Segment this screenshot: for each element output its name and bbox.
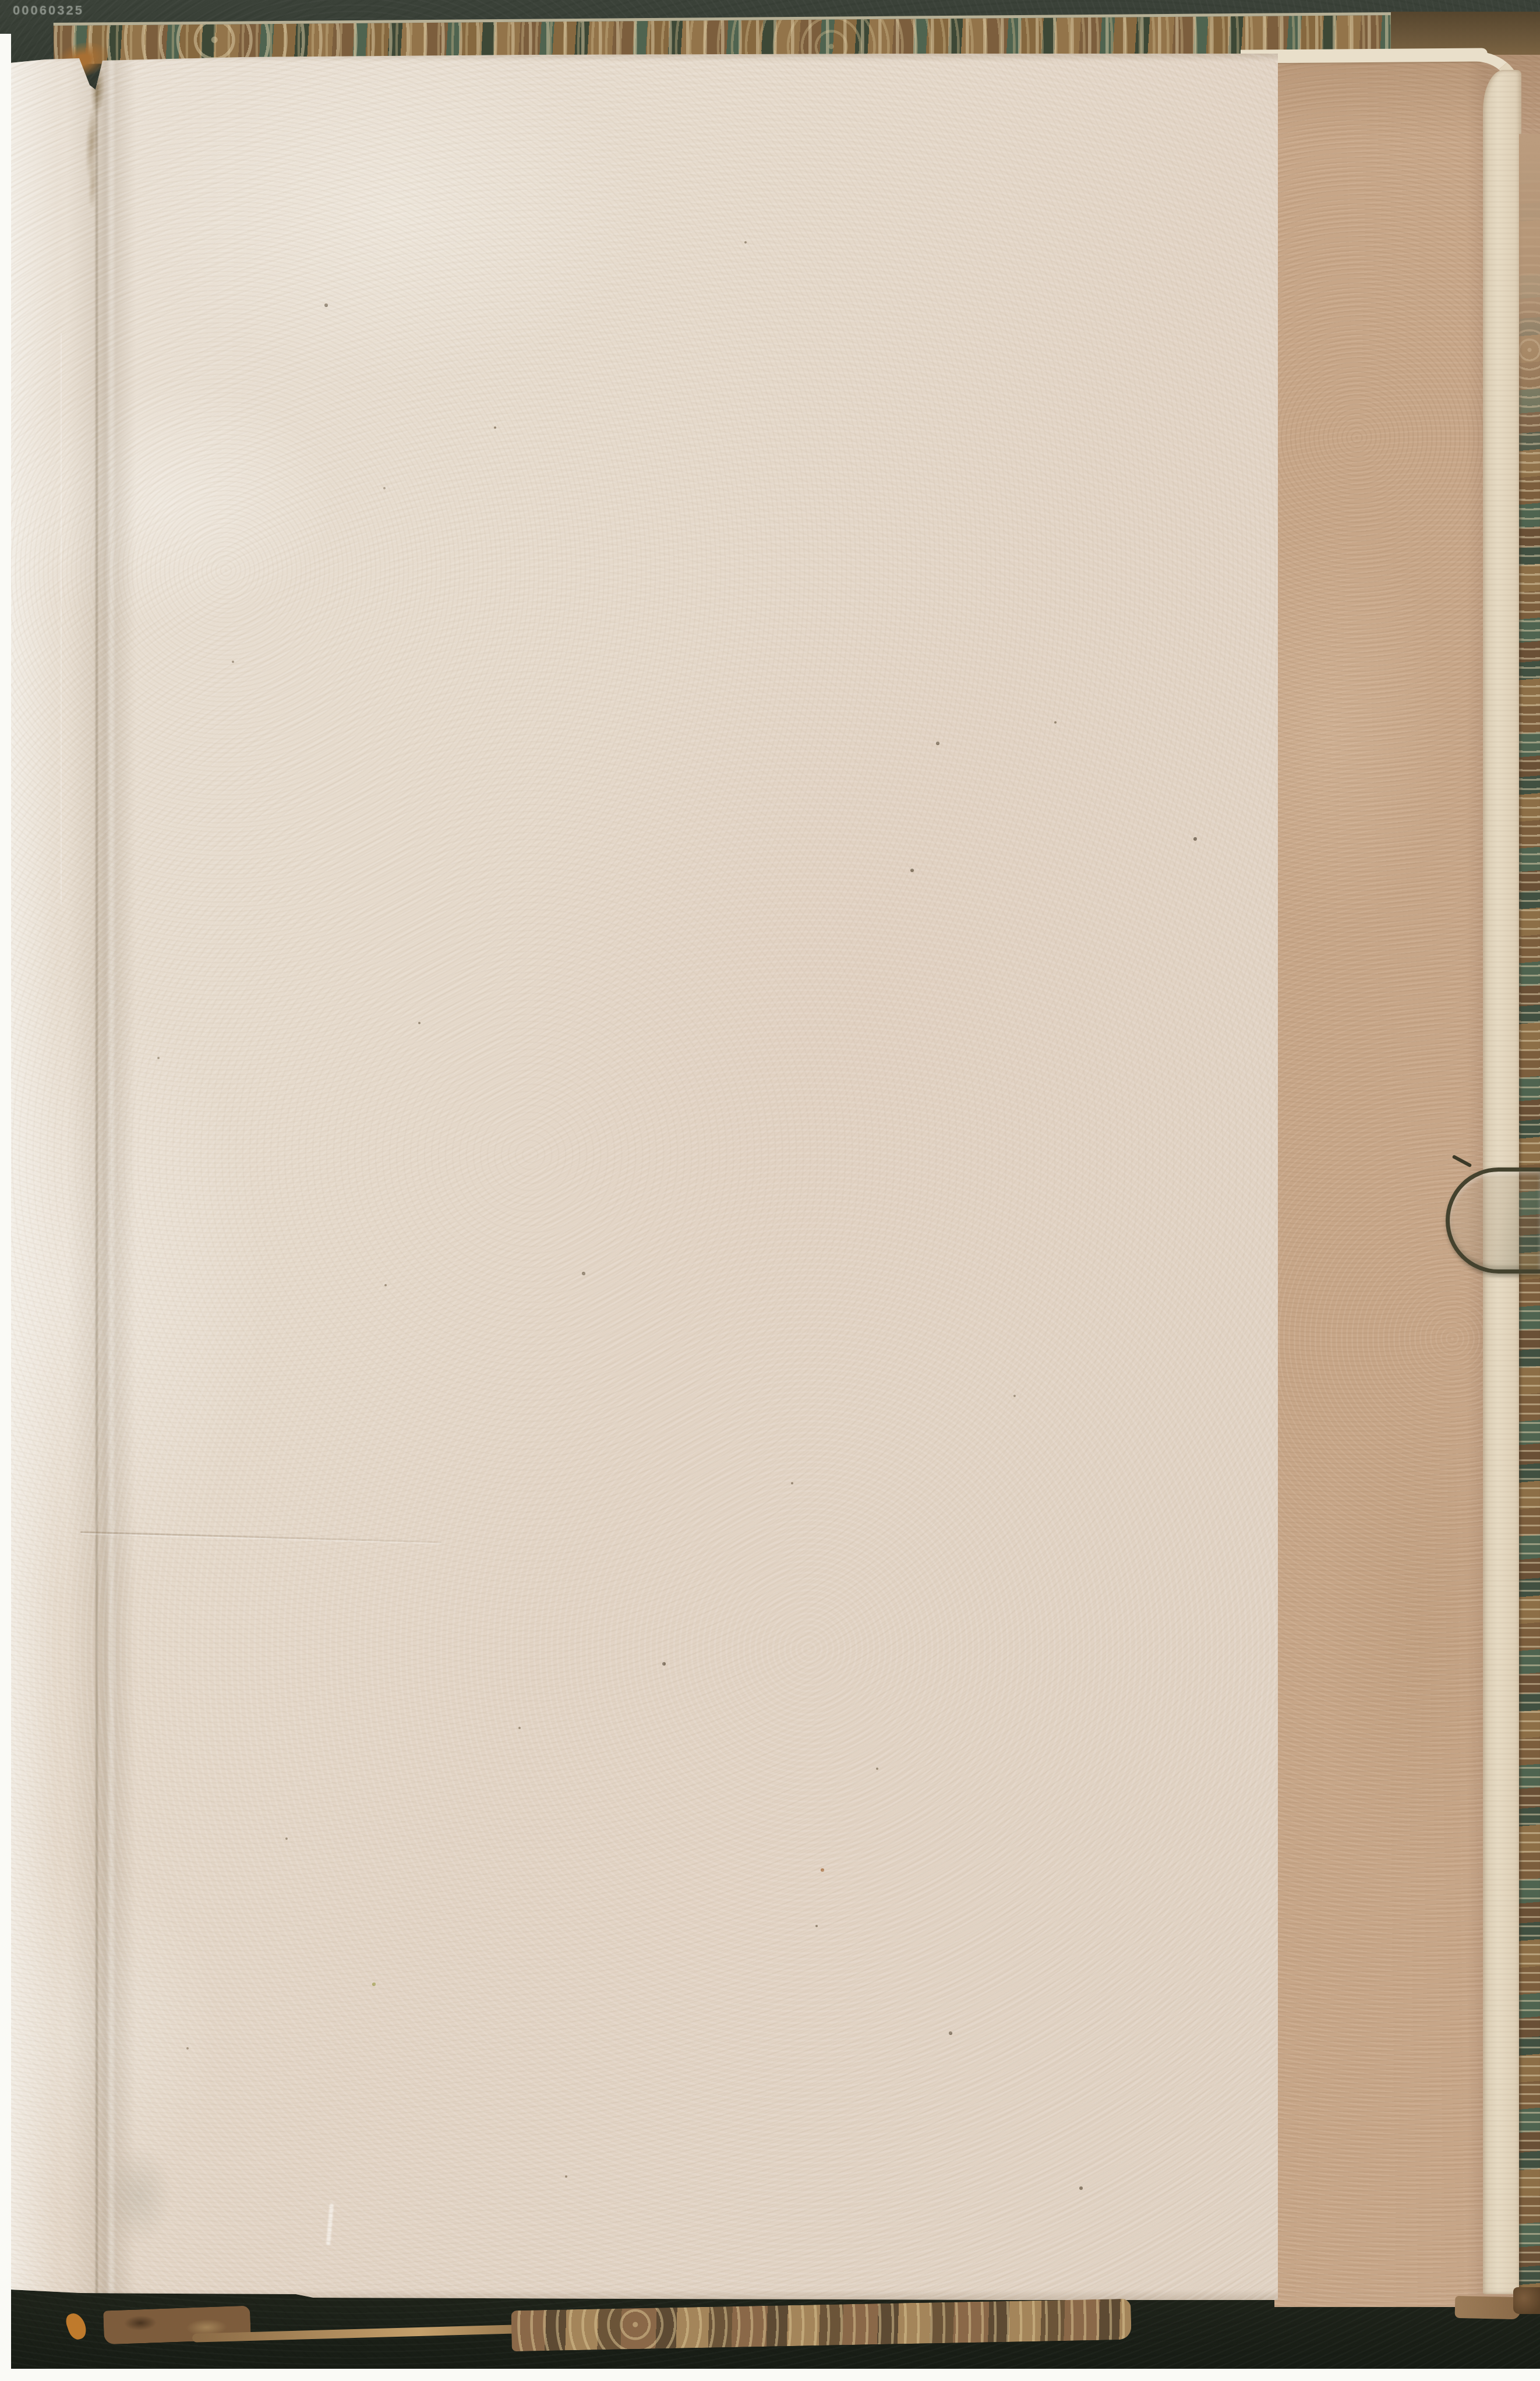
- gutter-crease-line: [96, 54, 98, 2301]
- scanner-edge-left: [0, 34, 11, 2381]
- marbled-endpaper-fade: [1519, 134, 1540, 484]
- gutter-shadow-band: [66, 54, 136, 2301]
- scanner-edge-bottom: [0, 2369, 1540, 2381]
- book-scan: 00060325: [0, 0, 1540, 2381]
- page-left-light-band: [10, 54, 57, 2301]
- bottom-right-marble-fragment: [1513, 2287, 1540, 2314]
- left-scratch-mark: [61, 333, 62, 904]
- bottom-right-tan-fragment: [1455, 2296, 1521, 2319]
- blank-flyleaf-page: [10, 54, 1278, 2301]
- lower-gray-stain: [107, 2148, 171, 2244]
- scan-id-label: 00060325: [13, 3, 84, 18]
- lower-crease-highlight: [326, 2203, 334, 2245]
- horizontal-fold-crease: [80, 1531, 441, 1543]
- gutter-ridge-highlight: [108, 54, 114, 2301]
